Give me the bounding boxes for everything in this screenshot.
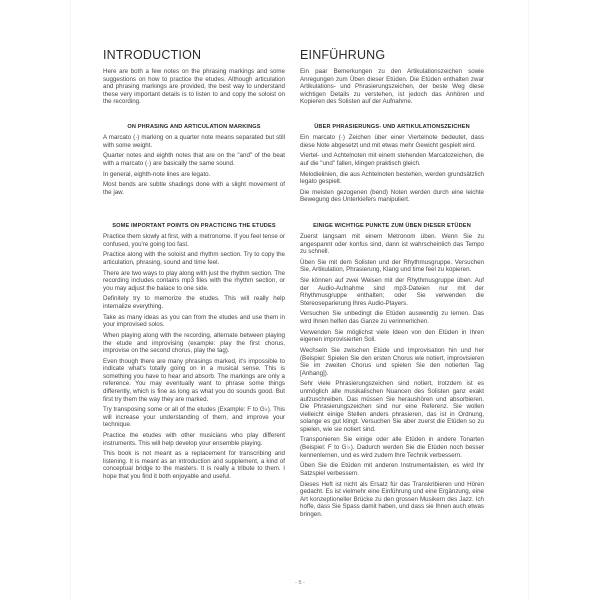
german-section1-heading: ÜBER PHRASIERUNGS- UND ARTIKULATIONSZEIC… (300, 124, 484, 130)
english-intro-block: Here are both a few notes on the phrasin… (103, 68, 285, 109)
paragraph: Sehr viele Phrasierungszeichen sind noti… (300, 380, 484, 433)
german-section-practicing: EINIGE WICHTIGE PUNKTE ZUM ÜBEN DIESER E… (300, 223, 484, 521)
english-section-phrasing: ON PHRASING AND ARTICULATION MARKINGS A … (103, 124, 285, 200)
paragraph: Take as many ideas as you can from the e… (103, 314, 285, 329)
paragraph: Quarter notes and eighth notes that are … (103, 152, 285, 167)
english-intro-paragraph: Here are both a few notes on the phrasin… (103, 68, 285, 106)
german-intro-paragraph: Ein paar Bemerkungen zu den Artikulation… (300, 68, 484, 106)
page-edge-right (528, 0, 529, 600)
paragraph: Even though there are many phrasings mar… (103, 358, 285, 403)
paragraph: Most bends are subtle shadings done with… (103, 181, 285, 196)
english-title: INTRODUCTION (103, 48, 201, 62)
paragraph: Dieses Heft ist nicht als Ersatz für das… (300, 481, 484, 519)
paragraph: Verwenden Sie möglichst viele Ideen von … (300, 329, 484, 344)
paragraph: Üben Sie die Etüden mit anderen Instrume… (300, 462, 484, 477)
paragraph: Üben Sie mit dem Solisten und der Rhythm… (300, 259, 484, 274)
page-edge-left (70, 0, 71, 600)
english-section-practicing: SOME IMPORTANT POINTS ON PRACTICING THE … (103, 223, 285, 484)
paragraph: There are two ways to play along with ju… (103, 270, 285, 293)
paragraph: Practice along with the soloist and rhyt… (103, 251, 285, 266)
paragraph: In general, eighth-note lines are legato… (103, 171, 285, 179)
paragraph: Ein marcato (·) Zeichen über einer Viert… (300, 134, 484, 149)
paragraph: Versuchen Sie unbedingt die Etüden auswe… (300, 310, 484, 325)
paragraph: Zuerst langsam mit einem Metronom üben. … (300, 233, 484, 256)
paragraph: Practice them slowly at first, with a me… (103, 233, 285, 248)
paragraph: Viertel- und Achtelnoten mit einem stehe… (300, 152, 484, 167)
german-section2-heading: EINIGE WICHTIGE PUNKTE ZUM ÜBEN DIESER E… (300, 223, 484, 229)
page-number: - 5 - (0, 580, 600, 586)
paragraph: Sie können auf zwei Weisen mit der Rhyth… (300, 277, 484, 307)
german-intro-block: Ein paar Bemerkungen zu den Artikulation… (300, 68, 484, 109)
paragraph: Wechseln Sie zwischen Etüde und Improvis… (300, 347, 484, 377)
german-title: EINFÜHRUNG (300, 48, 385, 62)
paragraph: Transponieren Sie einige oder alle Etüde… (300, 436, 484, 459)
paragraph: A marcato (·) marking on a quarter note … (103, 134, 285, 149)
german-section-phrasing: ÜBER PHRASIERUNGS- UND ARTIKULATIONSZEIC… (300, 124, 484, 207)
paragraph: Practice the etudes with other musicians… (103, 432, 285, 447)
paragraph: Melodielinien, die aus Achtelnoten beste… (300, 171, 484, 186)
paragraph: Definitely try to memorize the etudes. T… (103, 295, 285, 310)
paragraph: Die meisten gezogenen (bend) Noten werde… (300, 189, 484, 204)
paragraph: When playing along with the recording, a… (103, 332, 285, 355)
paragraph: This book is not meant as a replacement … (103, 450, 285, 480)
paragraph: Try transposing some or all of the etude… (103, 406, 285, 429)
english-section1-heading: ON PHRASING AND ARTICULATION MARKINGS (103, 124, 285, 130)
english-section2-heading: SOME IMPORTANT POINTS ON PRACTICING THE … (103, 223, 285, 229)
